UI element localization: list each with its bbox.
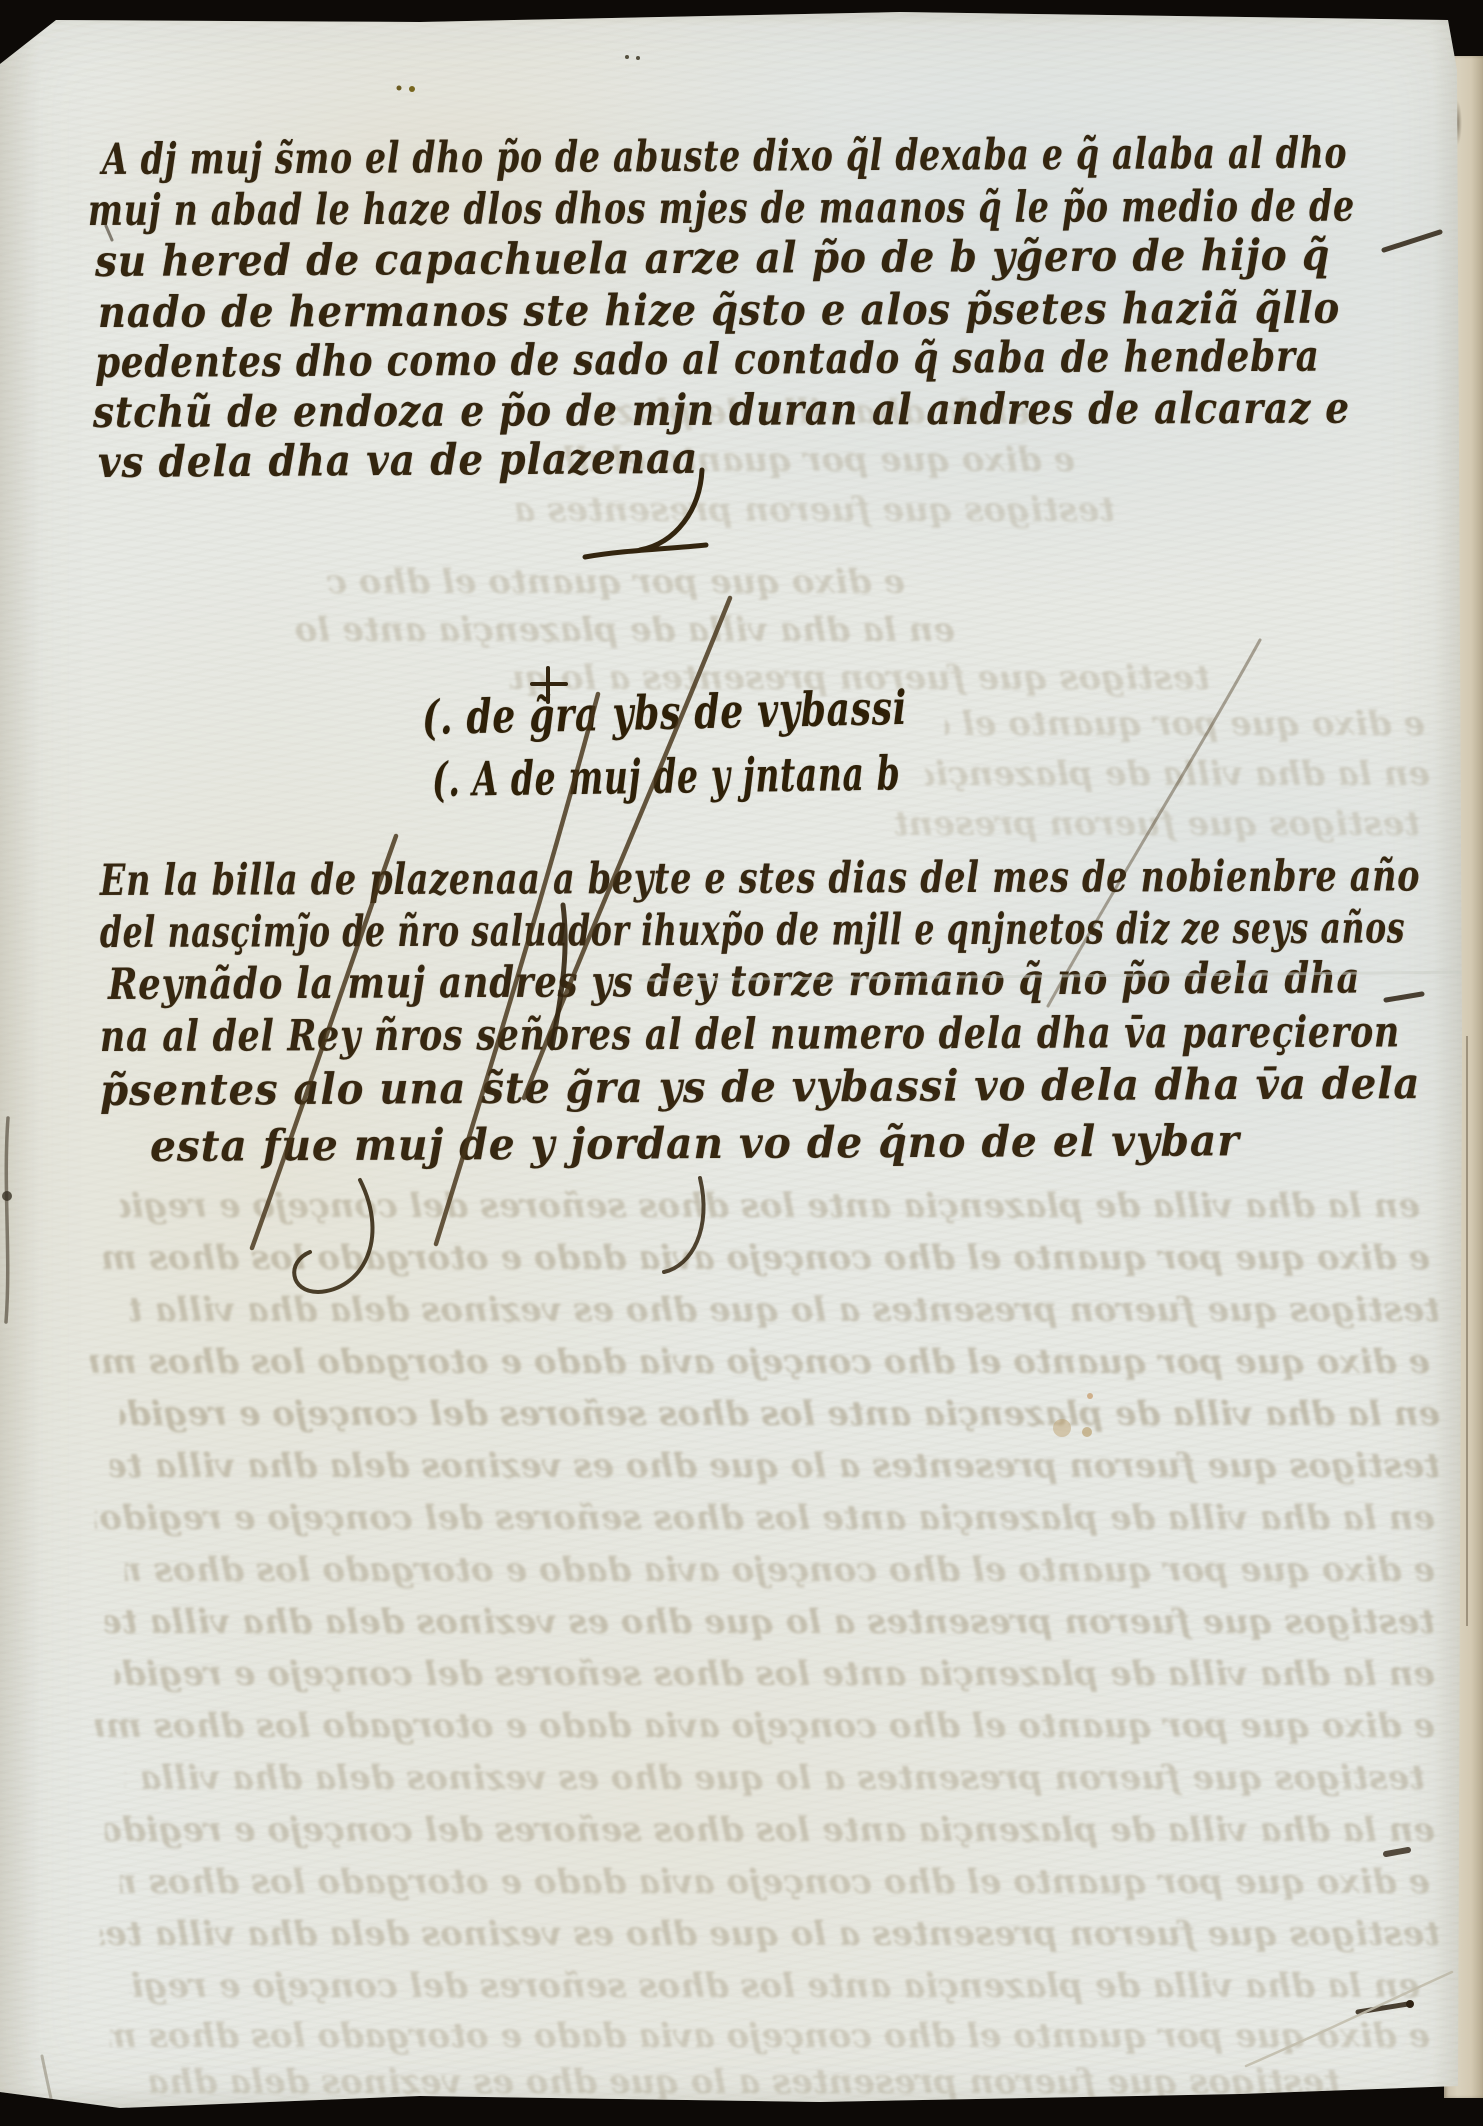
paragraph-1-line: A dj muj s̃mo el dho p̃o de abuste dixo …	[102, 128, 1347, 185]
paragraph-2-line: Reynãdo la muj andres ys dey torze roman…	[108, 953, 1361, 1010]
ink-dot	[409, 86, 415, 92]
bottom-right-scratch	[1246, 1972, 1452, 2066]
margin-dash	[1386, 994, 1422, 1000]
paragraph-1-line: stchũ de endoza e p̃o de mjn duran al an…	[93, 384, 1350, 438]
ink-dot	[636, 56, 640, 60]
paragraph-1-line: vs dela dha va de plazenaa	[98, 434, 698, 488]
bleedthrough-line: testigos que fueron presentes a lo que d…	[105, 1602, 1435, 1642]
bleedthrough-line: testigos que fueron presentes a lo que d…	[125, 1758, 1425, 1798]
margin-dash	[1384, 232, 1440, 250]
paragraph-1-line: pedentes dho como de sado al contado q̃ …	[95, 332, 1320, 388]
bleedthrough-line: e dixo que por quanto el dho conçejo avi…	[110, 2016, 1430, 2056]
photographed-manuscript: en la dha villa de plazençia ante los dh…	[0, 0, 1483, 2126]
ink-blob	[1406, 2000, 1414, 2008]
bleedthrough-line: en la dha villa de plazençia ante los dh…	[295, 610, 955, 650]
ink-dot	[397, 86, 402, 91]
bleedthrough-line: en la dha villa de plazençia ante los dh…	[115, 1654, 1435, 1694]
bleedthrough-line: testigos que fueron presentes a lo que d…	[130, 1290, 1440, 1330]
heading-line: (. A de muj de y jntana b	[432, 747, 901, 808]
bleedthrough-line: e dixo que por quanto el dho conçejo avi…	[120, 1862, 1430, 1902]
paragraph-1-line: su hered de capachuela arze al p̃o de b …	[95, 231, 1330, 287]
paragraph-1-end-flourish	[585, 545, 706, 557]
paragraph-2-line: En la billa de plazenaa a beyte e stes d…	[100, 851, 1420, 906]
bleedthrough-line: testigos que fueron presentes a lo que d…	[895, 804, 1420, 844]
paragraph-2-line: na al del Rey ñros señores al del numero…	[100, 1007, 1400, 1062]
stain-spot	[1082, 1427, 1092, 1437]
bleedthrough-line: en la dha villa de plazençia ante los dh…	[120, 1394, 1440, 1434]
bleedthrough-line: e dixo que por quanto el dho conçejo avi…	[945, 704, 1425, 744]
bleedthrough-line: e dixo que por quanto el dho conçejo avi…	[125, 1550, 1435, 1590]
bleedthrough-line: e dixo que por quanto el dho conçejo avi…	[100, 1238, 1430, 1278]
paragraph-2-line: p̃sentes alo una s̃te g̃ra ys de vybassi…	[100, 1059, 1421, 1116]
bleedthrough-line: e dixo que por quanto el dho conçejo avi…	[95, 1706, 1435, 1746]
bleedthrough-line: e dixo que por quanto el dho conçejo avi…	[325, 562, 905, 602]
paragraph-2-descender	[664, 1178, 704, 1272]
paragraph-2-line: esta fue muj de y jordan vo de q̃no de e…	[150, 1116, 1240, 1172]
bleedthrough-line: testigos que fueron presentes a lo que d…	[110, 1446, 1440, 1486]
paragraph-2-descender-loop	[294, 1180, 372, 1292]
ink-dot	[625, 55, 629, 59]
left-edge-crease	[6, 1118, 8, 1322]
heading-line: (. de g̃ra ybs de vybassi	[421, 682, 907, 746]
bleedthrough-line: testigos que fueron presentes a lo que d…	[140, 2062, 1340, 2102]
bleedthrough-line: en la dha villa de plazençia ante los dh…	[105, 1810, 1435, 1850]
bleedthrough-line: en la dha villa de plazençia ante los dh…	[95, 1498, 1435, 1538]
paragraph-2-line: del nasçimj̃o de ñro saluador ihuxp̃o de…	[100, 903, 1405, 958]
margin-dash	[1358, 2004, 1408, 2012]
paragraph-1-line: nado de hermanos ste hize q̃sto e alos p…	[98, 284, 1340, 338]
bleedthrough-line: testigos que fueron presentes a lo que d…	[100, 1914, 1440, 1954]
margin-dash	[1386, 1850, 1408, 1854]
bleedthrough-line: en la dha villa de plazençia ante los dh…	[130, 1966, 1420, 2006]
paragraph-1-line: muj n abad le haze dlos dhos mjes de maa…	[88, 182, 1355, 236]
left-edge-blot	[2, 1191, 12, 1201]
bleedthrough-line: e dixo que por quanto el dho conçejo avi…	[90, 1342, 1430, 1382]
bottom-left-crease	[42, 2056, 54, 2112]
bleedthrough-line: en la dha villa de plazençia ante los dh…	[925, 754, 1430, 794]
bleedthrough-line: testigos que fueron presentes a lo que d…	[515, 490, 1115, 530]
stain-spot	[1087, 1393, 1093, 1399]
edge-crease-line	[1466, 1036, 1468, 1626]
stain-spot	[1053, 1419, 1071, 1437]
manuscript-page: en la dha villa de plazençia ante los dh…	[0, 0, 1462, 2126]
bleedthrough-line: en la dha villa de plazençia ante los dh…	[120, 1186, 1420, 1226]
